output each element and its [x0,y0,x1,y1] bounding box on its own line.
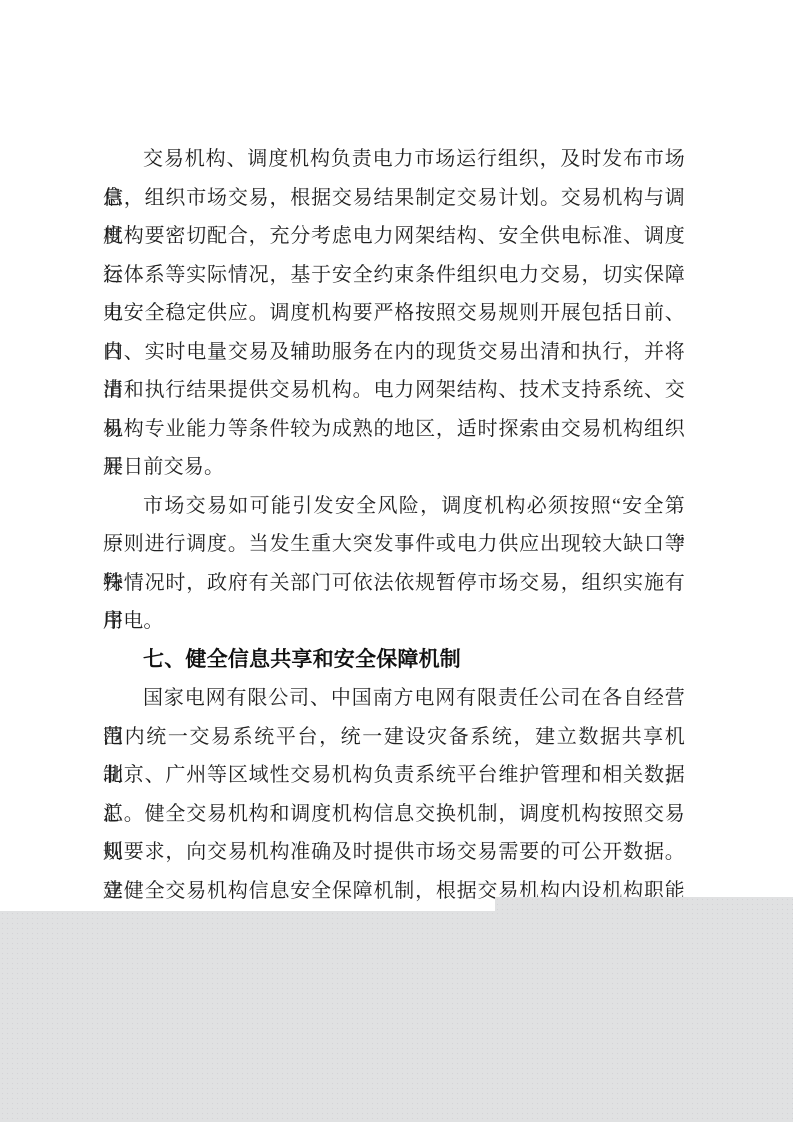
gray-redaction-overlay-bottom [0,911,793,1122]
text-line: 用电。 [103,602,685,641]
text-line: 总。健全交易机构和调度机构信息交换机制，调度机构按照交易规 [103,795,685,834]
text-line: 原则进行调度。当发生重大突发事件或电力供应出现较大缺口等特 [103,525,685,564]
text-line: 围内统一交易系统平台，统一建设灾备系统，建立数据共享机制， [103,718,685,757]
text-line: 北京、广州等区域性交易机构负责系统平台维护管理和相关数据汇 [103,756,685,795]
text-line: 力安全稳定供应。调度机构要严格按照交易规则开展包括日前、日 [103,294,685,333]
text-line: 则要求，向交易机构准确及时提供市场交易需要的可公开数据。建 [103,833,685,872]
text-line: 殊情况时，政府有关部门可依法依规暂停市场交易，组织实施有序 [103,564,685,603]
text-line: 机构专业能力等条件较为成熟的地区，适时探索由交易机构组织开 [103,410,685,449]
text-line: 市场交易如可能引发安全风险，调度机构必须按照“安全第一” [103,487,685,526]
gray-redaction-overlay-right [495,897,793,912]
section-heading: 七、健全信息共享和安全保障机制 [103,641,685,680]
text-line: 国家电网有限公司、中国南方电网有限责任公司在各自经营范 [103,679,685,718]
text-line: 机构要密切配合，充分考虑电力网架结构、安全供电标准、调度运 [103,217,685,256]
document-text-block: 交易机构、调度机构负责电力市场运行组织，及时发布市场信 息，组织市场交易，根据交… [103,140,685,910]
text-line: 清和执行结果提供交易机构。电力网架结构、技术支持系统、交易 [103,371,685,410]
text-line: 行体系等实际情况，基于安全约束条件组织电力交易，切实保障电 [103,256,685,295]
text-line: 交易机构、调度机构负责电力市场运行组织，及时发布市场信 [103,140,685,179]
document-page: 交易机构、调度机构负责电力市场运行组织，及时发布市场信 息，组织市场交易，根据交… [0,0,793,1122]
text-line: 展日前交易。 [103,448,685,487]
text-line: 内、实时电量交易及辅助服务在内的现货交易出清和执行，并将出 [103,333,685,372]
text-line: 息，组织市场交易，根据交易结果制定交易计划。交易机构与调度 [103,179,685,218]
